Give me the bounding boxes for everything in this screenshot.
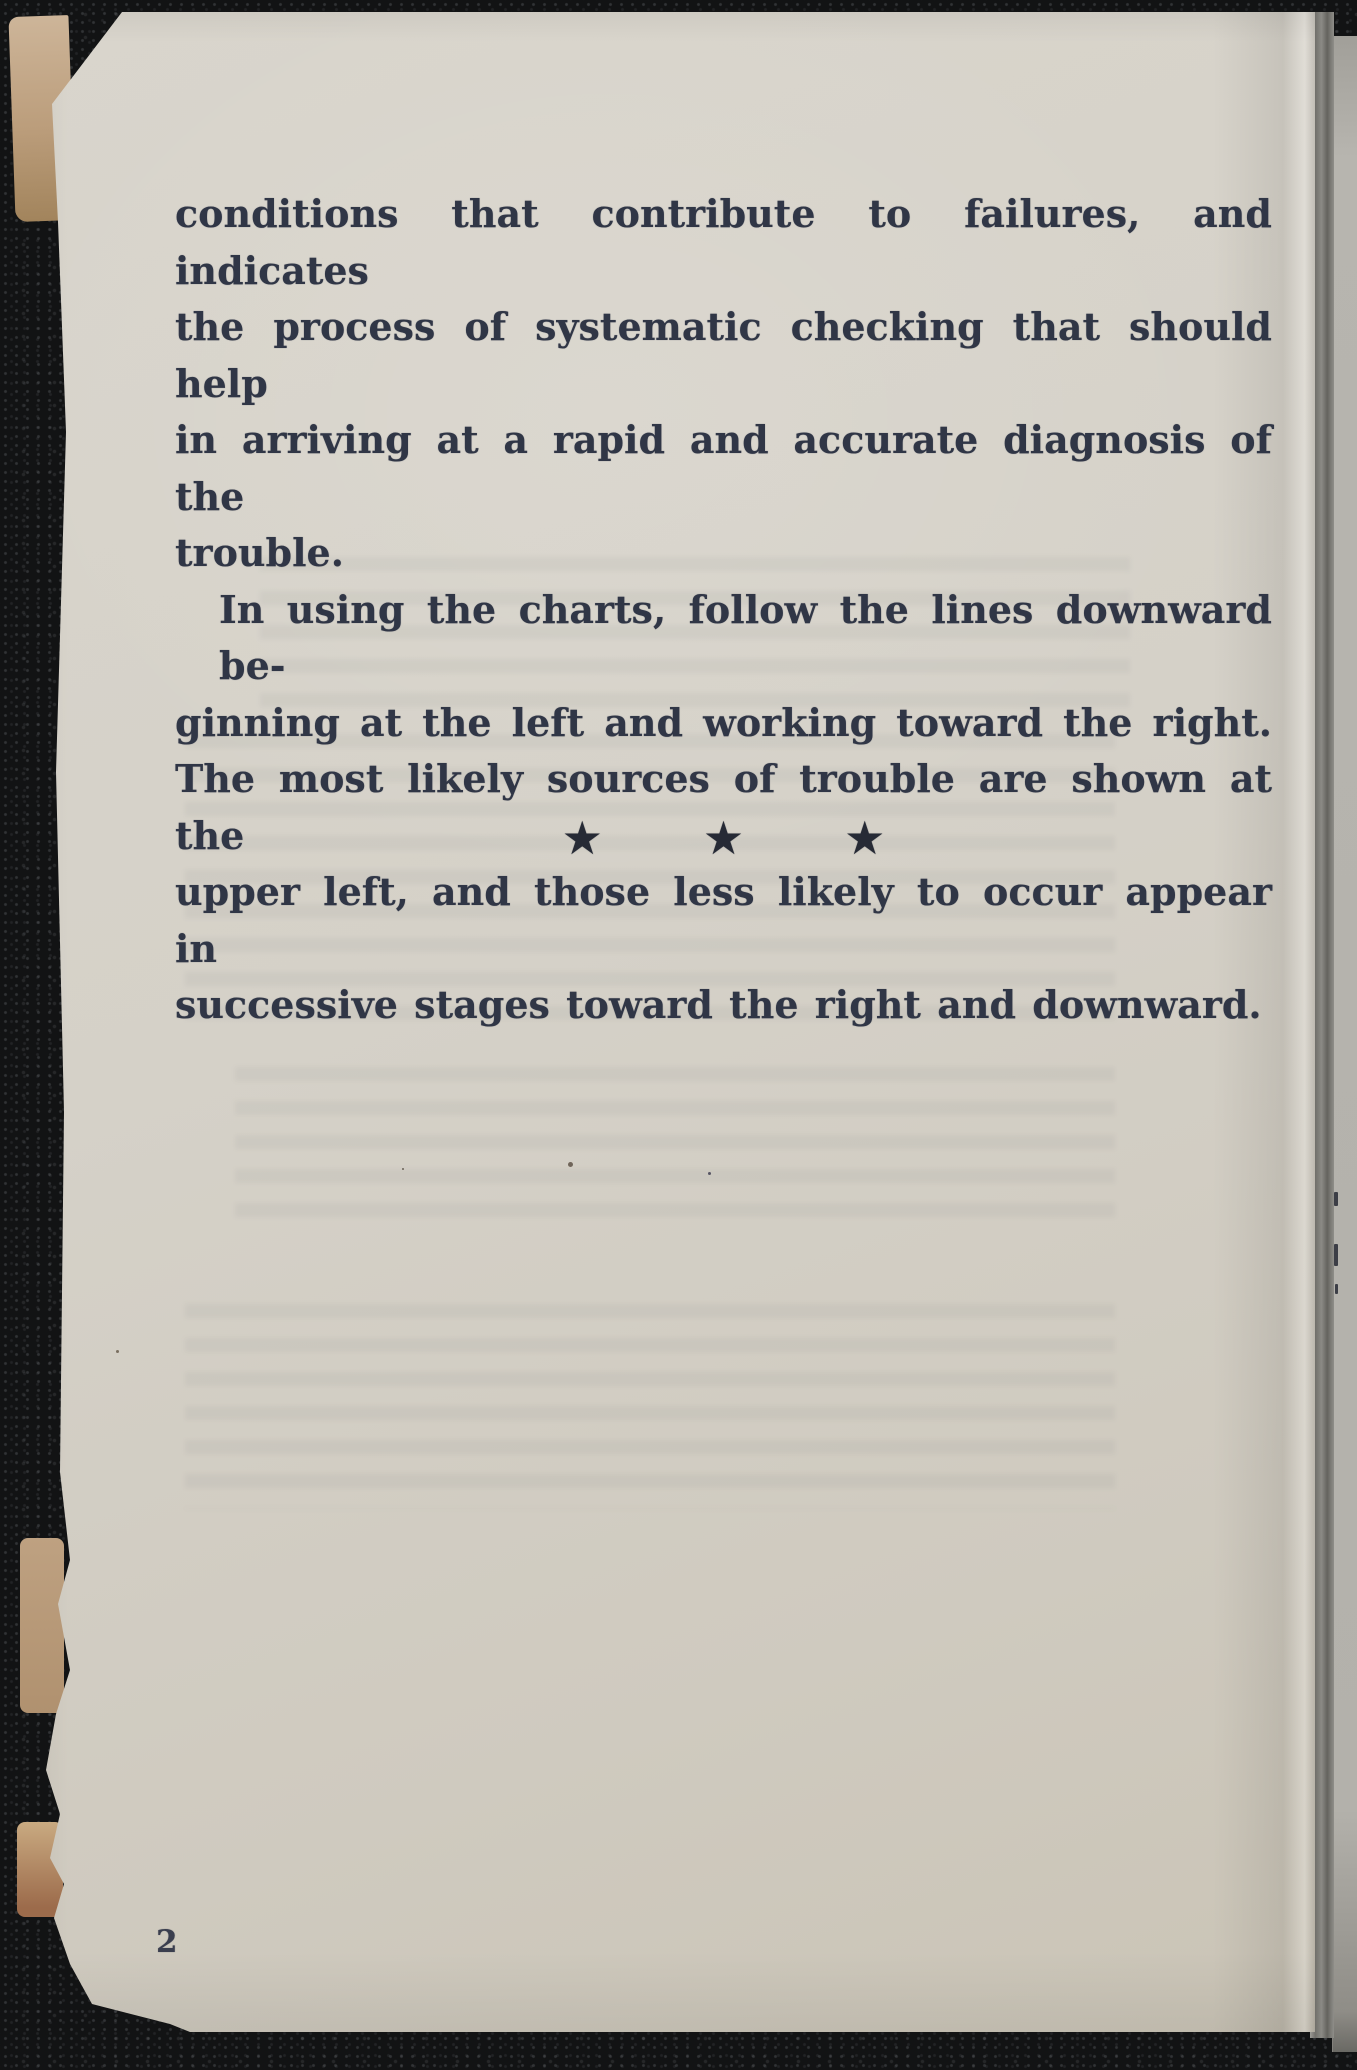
paper-speck xyxy=(568,1162,573,1167)
paragraph: conditions that contribute to failures, … xyxy=(175,186,1272,582)
page-number: 2 xyxy=(156,1924,178,1960)
text-line: trouble. xyxy=(175,525,1272,582)
fore-edge-print-mark xyxy=(1334,1192,1338,1206)
reverse-side-show-through xyxy=(235,1067,1115,1232)
text-line: ginning at the left and working toward t… xyxy=(175,695,1272,752)
fore-edge-print-mark xyxy=(1335,1284,1338,1294)
text-line: conditions that contribute to failures, … xyxy=(175,186,1272,299)
paper-speck xyxy=(708,1172,711,1175)
page-fore-edge-stack xyxy=(1332,36,1357,2052)
torn-paper-patch-mid-left xyxy=(20,1538,64,1713)
reverse-side-show-through xyxy=(185,1304,1115,1509)
fore-edge-print-mark xyxy=(1334,1244,1338,1266)
text-line: upper left, and those less likely to occ… xyxy=(175,864,1272,977)
star-separator: ★ ★ ★ xyxy=(175,812,1272,864)
page-text: conditions that contribute to failures, … xyxy=(175,186,1272,1034)
star-icon: ★ xyxy=(703,812,744,864)
paper-speck xyxy=(402,1168,404,1170)
text-line: in arriving at a rapid and accurate diag… xyxy=(175,412,1272,525)
star-icon: ★ xyxy=(562,812,603,864)
text-line: the process of systematic checking that … xyxy=(175,299,1272,412)
paragraph: In using the charts, follow the lines do… xyxy=(175,582,1272,1034)
text-line: successive stages toward the right and d… xyxy=(175,977,1272,1034)
book-page: conditions that contribute to failures, … xyxy=(30,12,1315,2032)
text-line: In using the charts, follow the lines do… xyxy=(175,582,1272,695)
paper-speck xyxy=(116,1350,119,1353)
star-icon: ★ xyxy=(844,812,885,864)
